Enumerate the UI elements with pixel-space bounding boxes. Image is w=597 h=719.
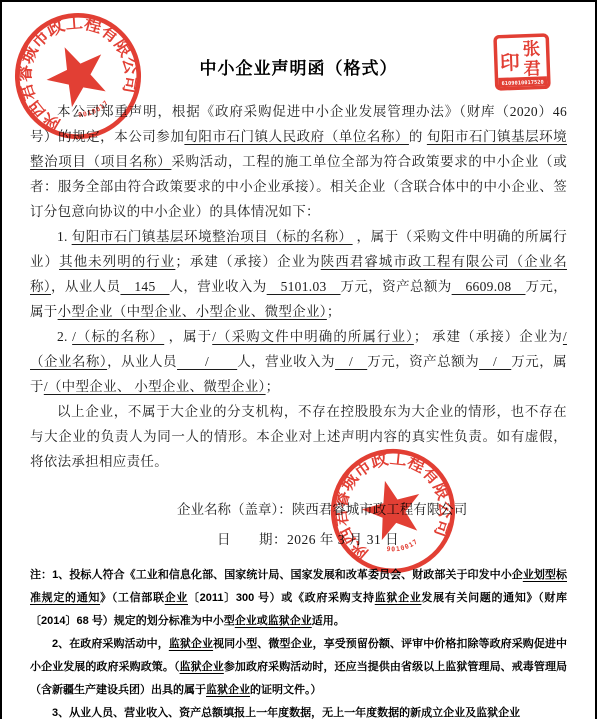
text-run: ；承建（承接）企业为 xyxy=(175,254,320,269)
text-run: ； 承建（承接）企业为 xyxy=(414,329,563,344)
underlined-field: 旬阳市石门镇人民政府（单位名称） xyxy=(184,129,409,144)
date-line: 日 期：2026 年 3 月 31 日 xyxy=(217,530,567,550)
document-title: 中小企业声明函（格式） xyxy=(30,54,567,79)
underlined-field: 其他未列明的行业 xyxy=(59,254,175,269)
underlined-field: 监狱企业 xyxy=(206,684,250,696)
underlined-field: 旬阳市石门镇基层环境整治项目（标的名称） xyxy=(72,229,353,244)
underlined-field: /（中型企业、 小型企业、微型企业） xyxy=(44,379,266,394)
underlined-field: /（采购文件中明确的所属行业） xyxy=(212,329,414,344)
underlined-field: 监狱企业 xyxy=(169,638,213,650)
text-run: ，从业人员 xyxy=(51,279,120,294)
text-run: ，属于 xyxy=(164,329,212,344)
item-1-paragraph: 1. 旬阳市石门镇基层环境整治项目（标的名称） ，属于（采购文件中明确的所属行业… xyxy=(30,224,567,324)
company-name-line: 企业名称（盖章）：陕西君睿城市政工程有限公司 xyxy=(177,500,567,520)
text-run: ，从业人员 xyxy=(107,354,177,369)
text-run: ； xyxy=(266,379,280,394)
notes-section: 注：1、投标人符合《工业和信息化部、国家统计局、国家发展和改革委员会、财政部关于… xyxy=(30,564,567,719)
underlined-field: 6609.08 xyxy=(452,279,526,294)
text-run: 万元，资产总额为 xyxy=(367,354,479,369)
underlined-field: 监狱企业 xyxy=(180,661,224,673)
document-content: 中小企业声明函（格式） 本公司郑重声明，根据《政府采购促进中小企业发展管理办法》… xyxy=(2,54,595,719)
note-3: 3、从业人员、营业收入、资产总额填报上一年度数据，无上一年度数据的新成立企业及监… xyxy=(30,702,567,719)
text-run: 2. xyxy=(57,329,72,344)
company-name-value: 陕西君睿城市政工程有限公司 xyxy=(292,502,468,517)
text-run: 2、在政府采购活动中， xyxy=(52,638,169,650)
text-run: 万元，资产总额为 xyxy=(341,279,452,294)
text-run: 以上企业，不属于大企业的分支机构，不存在控股股东为大企业的情形，也不存在与大企业… xyxy=(30,404,567,469)
underlined-field: / xyxy=(177,354,237,369)
text-run: 的 xyxy=(409,129,427,144)
text-run: 3、从业人员、营业收入、资产总额填报上一年度数据，无上一年度数据的新成立 xyxy=(52,707,443,719)
underlined-field: 企业及监狱企业 xyxy=(443,707,520,719)
text-run: 人，营业收入为 xyxy=(237,354,335,369)
text-run: 适用。 xyxy=(312,615,345,627)
note-1: 注：1、投标人符合《工业和信息化部、国家统计局、国家发展和改革委员会、财政部关于… xyxy=(30,564,567,633)
underlined-field: / xyxy=(335,354,367,369)
date-value: 2026 年 3 月 31 日 xyxy=(287,532,399,547)
text-run: 》（工信部联 xyxy=(100,592,165,604)
underlined-field: 监狱企业 xyxy=(375,592,422,604)
text-run: 1. xyxy=(57,229,72,244)
declaration-paragraph: 本公司郑重声明，根据《政府采购促进中小企业发展管理办法》（财库（2020）46 … xyxy=(30,99,567,224)
text-run: 的证明文件。） xyxy=(250,684,322,696)
text-run: 〔2011〕300 号）或《政府采购支持 xyxy=(188,592,375,604)
text-run: ； xyxy=(327,304,341,319)
note-2: 2、在政府采购活动中，监狱企业视同小型、微型企业，享受预留份额、评审中价格扣除等… xyxy=(30,633,567,702)
underlined-field: 145 xyxy=(120,279,169,294)
item-2-paragraph: 2. /（标的名称） ，属于/（采购文件中明确的所属行业）； 承建（承接）企业为… xyxy=(30,324,567,399)
underlined-field: / xyxy=(479,354,511,369)
company-stamp-label: 企业名称（盖章）： xyxy=(177,502,292,517)
closing-paragraph: 以上企业，不属于大企业的分支机构，不存在控股股东为大企业的情形，也不存在与大企业… xyxy=(30,399,567,474)
underlined-field: /（标的名称） xyxy=(72,329,164,344)
underlined-field: 5101.03 xyxy=(267,279,341,294)
document-page: 中小企业声明函（格式） 本公司郑重声明，根据《政府采购促进中小企业发展管理办法》… xyxy=(0,0,597,719)
underlined-field: 企业或监狱企业 xyxy=(235,615,312,627)
text-run: 注：1、投标人符合《工业和信息化部、国家统计局、国家发展和改革委员会、财政部关于… xyxy=(30,569,523,581)
underlined-field: 小型企业（中型企业、小型企业、微型企业） xyxy=(58,304,327,319)
underlined-field: 企业 xyxy=(165,592,188,604)
date-label: 日 期： xyxy=(217,532,287,547)
text-run: 人，营业收入为 xyxy=(169,279,266,294)
